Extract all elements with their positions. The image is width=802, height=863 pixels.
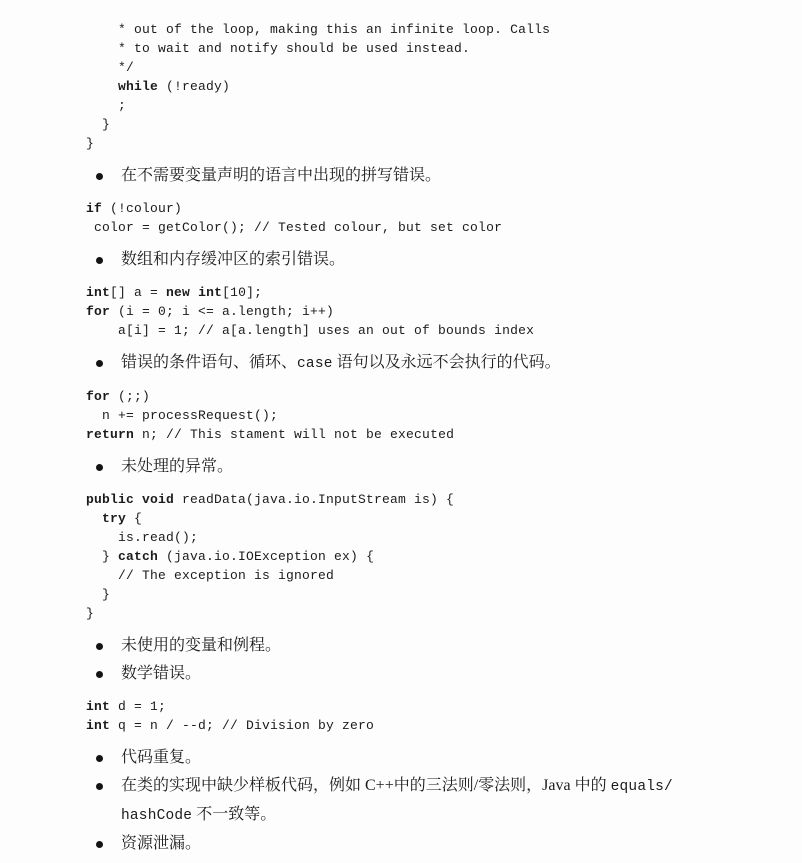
- bullet-icon: [96, 257, 103, 264]
- code-keyword: while: [118, 79, 158, 94]
- bullet-missing-boilerplate: 在类的实现中缺少样板代码，例如 C++中的三法则/零法则，Java 中的 equ…: [86, 772, 716, 830]
- code-text: (java.io.IOException ex) {: [158, 549, 374, 564]
- bullet-icon: [96, 173, 103, 180]
- code-keyword: public void: [86, 492, 174, 507]
- content: * out of the loop, making this an infini…: [86, 20, 716, 858]
- code-keyword: for: [86, 304, 110, 319]
- bullet-resource-leaks: 资源泄漏。: [86, 830, 716, 858]
- code-keyword: int: [198, 285, 222, 300]
- bullet-math-errors: 数学错误。: [86, 660, 716, 688]
- code-text: n += processRequest();: [86, 408, 278, 423]
- inline-code: case: [297, 356, 333, 372]
- bullet-icon: [96, 671, 103, 678]
- list-item-text: 在类的实现中缺少样板代码，例如 C++中的三法则/零法则，Java 中的 equ…: [121, 772, 716, 830]
- code-line: * to wait and notify should be used inst…: [86, 39, 716, 58]
- code-text: [10];: [222, 285, 262, 300]
- code-line: public void readData(java.io.InputStream…: [86, 490, 716, 509]
- text-run: 错误的条件语句、循环、: [121, 354, 297, 371]
- code-line: try {: [86, 509, 716, 528]
- code-line: ;: [86, 96, 716, 115]
- code-ignored-exception: public void readData(java.io.InputStream…: [86, 490, 716, 623]
- code-line: // The exception is ignored: [86, 566, 716, 585]
- code-text: {: [126, 511, 142, 526]
- code-keyword: for: [86, 389, 110, 404]
- text-run: 数组和内存缓冲区的索引错误。: [121, 251, 345, 268]
- bullet-unused-variables: 未使用的变量和例程。: [86, 632, 716, 660]
- code-line: a[i] = 1; // a[a.length] uses an out of …: [86, 321, 716, 340]
- text-run: 在不需要变量声明的语言中出现的拼写错误。: [121, 167, 441, 184]
- bullet-icon: [96, 360, 103, 367]
- text-run: 在类的实现中缺少样板代码，例如 C++中的三法则/零法则，Java 中的: [121, 777, 611, 794]
- list-item-text: 代码重复。: [121, 744, 716, 772]
- code-out-of-bounds: int[] a = new int[10];for (i = 0; i <= a…: [86, 283, 716, 340]
- code-text: q = n / --d; // Division by zero: [110, 718, 374, 733]
- code-division-by-zero: int d = 1;int q = n / --d; // Division b…: [86, 697, 716, 735]
- inline-code: hashCode: [121, 808, 192, 824]
- text-run: 未使用的变量和例程。: [121, 637, 281, 654]
- inline-code: equals/: [611, 779, 673, 795]
- code-text: // The exception is ignored: [86, 568, 334, 583]
- code-text: ;: [86, 98, 126, 113]
- list-item-text: 未处理的异常。: [121, 453, 716, 481]
- text-run: 资源泄漏。: [121, 835, 201, 852]
- code-line: int q = n / --d; // Division by zero: [86, 716, 716, 735]
- code-text: */: [86, 60, 134, 75]
- bullet-icon: [96, 464, 103, 471]
- code-keyword: int: [86, 718, 110, 733]
- code-line: n += processRequest();: [86, 406, 716, 425]
- bullet-unhandled-exceptions: 未处理的异常。: [86, 453, 716, 481]
- code-text: [86, 79, 118, 94]
- code-text: n; // This stament will not be executed: [134, 427, 454, 442]
- code-line: }: [86, 604, 716, 623]
- code-line: }: [86, 115, 716, 134]
- code-keyword: try: [102, 511, 126, 526]
- code-text: (i = 0; i <= a.length; i++): [110, 304, 334, 319]
- code-line: return n; // This stament will not be ex…: [86, 425, 716, 444]
- list-item-text: 数学错误。: [121, 660, 716, 688]
- code-line: int[] a = new int[10];: [86, 283, 716, 302]
- code-text: (!colour): [102, 201, 182, 216]
- code-keyword: if: [86, 201, 102, 216]
- code-line: is.read();: [86, 528, 716, 547]
- bullet-icon: [96, 783, 103, 790]
- text-run: 代码重复。: [121, 749, 201, 766]
- code-text: }: [86, 587, 110, 602]
- list-item-text: 错误的条件语句、循环、case 语句以及永远不会执行的代码。: [121, 349, 716, 378]
- code-text: color = getColor(); // Tested colour, bu…: [86, 220, 502, 235]
- bullet-index-errors: 数组和内存缓冲区的索引错误。: [86, 246, 716, 274]
- code-keyword: int: [86, 699, 110, 714]
- code-text: (!ready): [158, 79, 230, 94]
- code-line: */: [86, 58, 716, 77]
- code-line: }: [86, 585, 716, 604]
- text-run: 数学错误。: [121, 665, 201, 682]
- code-text: [] a =: [110, 285, 166, 300]
- code-text: }: [86, 136, 94, 151]
- code-keyword: int: [86, 285, 110, 300]
- document-page: * out of the loop, making this an infini…: [0, 0, 802, 863]
- code-line: for (i = 0; i <= a.length; i++): [86, 302, 716, 321]
- code-line: for (;;): [86, 387, 716, 406]
- code-unreachable-return: for (;;) n += processRequest();return n;…: [86, 387, 716, 444]
- code-text: }: [86, 117, 110, 132]
- code-keyword: new: [166, 285, 190, 300]
- code-keyword: return: [86, 427, 134, 442]
- code-text: [86, 511, 102, 526]
- bullet-icon: [96, 643, 103, 650]
- code-text: }: [86, 606, 94, 621]
- bullet-wrong-conditionals: 错误的条件语句、循环、case 语句以及永远不会执行的代码。: [86, 349, 716, 378]
- bullet-code-duplication: 代码重复。: [86, 744, 716, 772]
- code-text: a[i] = 1; // a[a.length] uses an out of …: [86, 323, 534, 338]
- code-text: [190, 285, 198, 300]
- bullet-icon: [96, 841, 103, 848]
- code-colour-typo: if (!colour) color = getColor(); // Test…: [86, 199, 716, 237]
- bullet-icon: [96, 755, 103, 762]
- text-run: 未处理的异常。: [121, 458, 233, 475]
- code-text: * to wait and notify should be used inst…: [86, 41, 470, 56]
- code-text: * out of the loop, making this an infini…: [86, 22, 550, 37]
- list-item-text: 在不需要变量声明的语言中出现的拼写错误。: [121, 162, 716, 190]
- code-line: } catch (java.io.IOException ex) {: [86, 547, 716, 566]
- code-text: d = 1;: [110, 699, 166, 714]
- text-run: 语句以及永远不会执行的代码。: [333, 354, 561, 371]
- code-line: color = getColor(); // Tested colour, bu…: [86, 218, 716, 237]
- bullet-spelling-errors: 在不需要变量声明的语言中出现的拼写错误。: [86, 162, 716, 190]
- list-item-text: 数组和内存缓冲区的索引错误。: [121, 246, 716, 274]
- code-text: }: [86, 549, 118, 564]
- code-line: if (!colour): [86, 199, 716, 218]
- text-run: 不一致等。: [192, 806, 276, 823]
- code-text: (;;): [110, 389, 150, 404]
- list-item-text: 未使用的变量和例程。: [121, 632, 716, 660]
- code-line: while (!ready): [86, 77, 716, 96]
- code-line: * out of the loop, making this an infini…: [86, 20, 716, 39]
- code-text: readData(java.io.InputStream is) {: [174, 492, 454, 507]
- list-item-text: 资源泄漏。: [121, 830, 716, 858]
- code-text: is.read();: [86, 530, 198, 545]
- code-keyword: catch: [118, 549, 158, 564]
- code-infinite-loop: * out of the loop, making this an infini…: [86, 20, 716, 153]
- code-line: }: [86, 134, 716, 153]
- code-line: int d = 1;: [86, 697, 716, 716]
